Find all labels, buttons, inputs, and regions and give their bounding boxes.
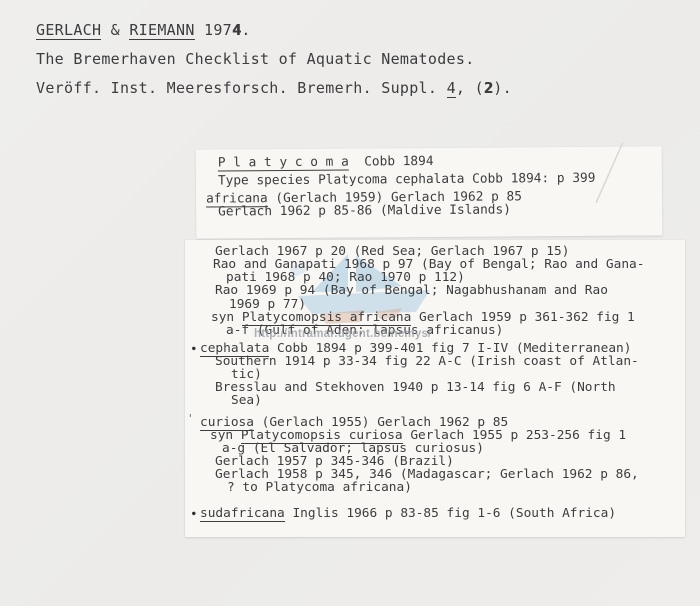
text-line: Bresslau and Stekhoven 1940 p 13-14 fig … bbox=[215, 381, 685, 394]
watermark-url: http://intramar.ugent.be/nemys/ bbox=[254, 328, 431, 340]
text-segment: , ( bbox=[456, 79, 484, 97]
citation-header: GERLACH & RIEMANN 1974.The Bremerhaven C… bbox=[36, 16, 596, 103]
text-segment: Rao 1969 p 94 (Bay of Bengal; Nagabhusha… bbox=[215, 283, 608, 298]
underlined-text: GERLACH bbox=[36, 21, 101, 40]
stray-mark: ' bbox=[187, 412, 194, 425]
text-line: Sea) bbox=[231, 394, 685, 407]
text-segment: Type species Platycoma cephalata Cobb 18… bbox=[218, 171, 596, 189]
text-segment: . bbox=[241, 21, 250, 39]
text-segment: ? to Platycoma africana) bbox=[227, 480, 412, 495]
text-line: Southern 1914 p 33-34 fig 22 A-C (Irish … bbox=[215, 355, 685, 368]
text-segment: Sea) bbox=[231, 393, 262, 408]
text-segment: Cobb 1894 bbox=[349, 154, 434, 170]
bullet-dot-icon: ● bbox=[192, 511, 196, 517]
text-segment: 2 bbox=[484, 79, 493, 97]
text-segment: ). bbox=[493, 79, 512, 97]
card-main-lines: Gerlach 1967 p 20 (Red Sea; Gerlach 1967… bbox=[185, 245, 685, 520]
text-segment: Bresslau and Stekhoven 1940 p 13-14 fig … bbox=[215, 380, 616, 395]
text-line: The Bremerhaven Checklist of Aquatic Nem… bbox=[36, 45, 596, 74]
text-line: GERLACH & RIEMANN 1974. bbox=[36, 16, 596, 45]
underlined-text: P l a t y c o m a bbox=[218, 155, 349, 172]
text-segment: Veröff. Inst. Meeresforsch. Bremerh. Sup… bbox=[36, 79, 447, 97]
text-line: Veröff. Inst. Meeresforsch. Bremerh. Sup… bbox=[36, 74, 596, 103]
underlined-text: sudafricana bbox=[200, 506, 285, 522]
text-line: ? to Platycoma africana) bbox=[227, 481, 685, 494]
text-line: ●sudafricana Inglis 1966 p 83-85 fig 1-6… bbox=[200, 507, 685, 520]
text-line: Gerlach 1962 p 85-86 (Maldive Islands) bbox=[218, 202, 662, 218]
text-segment: The Bremerhaven Checklist of Aquatic Nem… bbox=[36, 50, 475, 68]
text-segment: 197 bbox=[195, 21, 232, 39]
text-segment: Inglis 1966 p 83-85 fig 1-6 (South Afric… bbox=[285, 506, 616, 521]
index-card-top: P l a t y c o m a Cobb 1894Type species … bbox=[196, 146, 663, 238]
text-line: Rao 1969 p 94 (Bay of Bengal; Nagabhusha… bbox=[215, 284, 685, 297]
underlined-text: 4 bbox=[447, 79, 456, 98]
scanned-document-page: GERLACH & RIEMANN 1974.The Bremerhaven C… bbox=[0, 0, 700, 606]
text-segment: 4 bbox=[232, 21, 241, 39]
index-card-main: http://intramar.ugent.be/nemys/ ' Gerlac… bbox=[185, 240, 685, 537]
text-segment: Southern 1914 p 33-34 fig 22 A-C (Irish … bbox=[215, 354, 639, 369]
bullet-dot-icon: ● bbox=[192, 346, 196, 352]
text-segment: Gerlach 1962 p 85-86 (Maldive Islands) bbox=[218, 202, 511, 219]
text-segment: & bbox=[101, 21, 129, 39]
underlined-text: RIEMANN bbox=[129, 21, 194, 40]
text-line: Type species Platycoma cephalata Cobb 18… bbox=[218, 171, 662, 187]
